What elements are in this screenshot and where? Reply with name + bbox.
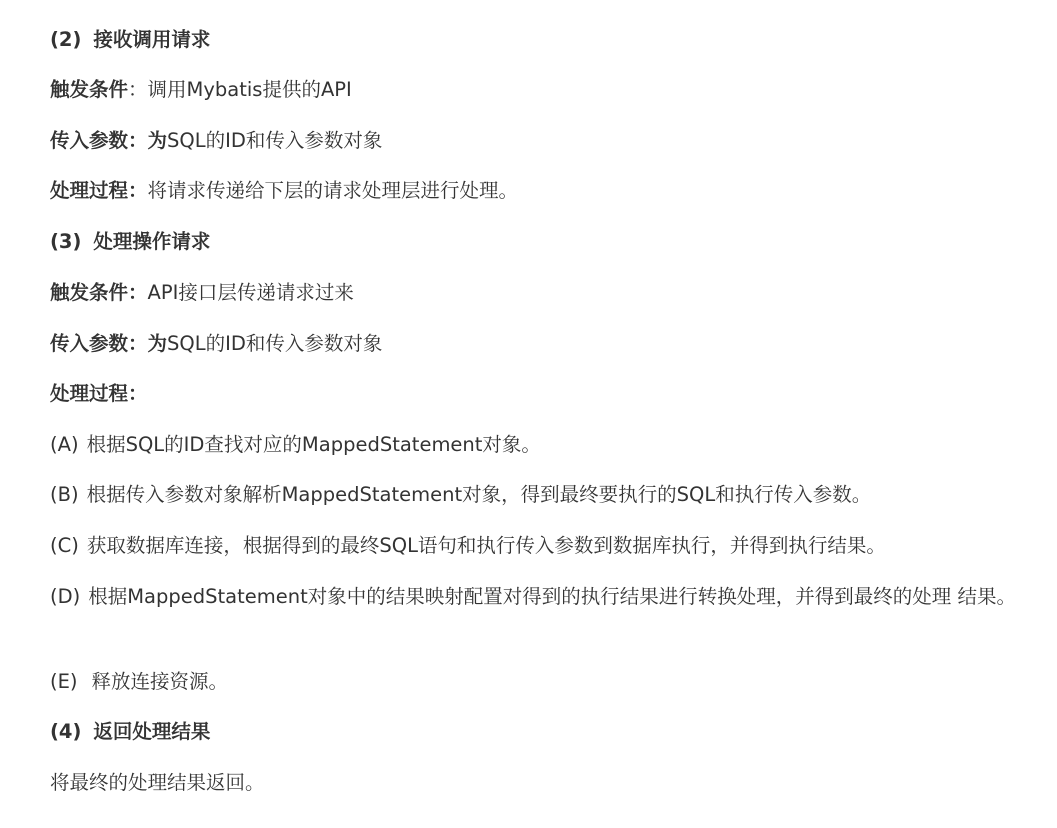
section-title: 返回处理结果 <box>93 720 210 743</box>
field-colon: ： <box>128 129 148 152</box>
field-process: 处理过程：将请求传递给下层的请求处理层进行处理。 <box>50 174 518 208</box>
field-input-params: 传入参数：为SQL的ID和传入参数对象 <box>50 124 382 158</box>
field-label: 传入参数 <box>50 129 128 152</box>
field-value: SQL的ID和传入参数对象 <box>167 129 382 152</box>
section-heading-3: (3)处理操作请求 <box>50 225 210 259</box>
field-value: 调用Mybatis提供的API <box>148 78 352 101</box>
section-number: (4) <box>50 720 81 743</box>
field-label: 传入参数 <box>50 332 128 355</box>
field-value: SQL的ID和传入参数对象 <box>167 332 382 355</box>
field-colon: ： <box>128 382 148 405</box>
section-number: (3) <box>50 230 81 253</box>
step-item-e: (E)释放连接资源。 <box>50 665 228 699</box>
step-text: 根据SQL的ID查找对应的MappedStatement对象。 <box>87 433 541 456</box>
field-colon: ： <box>128 179 148 202</box>
section-title: 接收调用请求 <box>93 28 210 51</box>
step-marker: (D) <box>50 585 80 608</box>
field-label: 处理过程 <box>50 179 128 202</box>
field-colon: ： <box>128 281 148 304</box>
section-title: 处理操作请求 <box>93 230 210 253</box>
section-heading-4: (4)返回处理结果 <box>50 715 210 749</box>
step-text: 根据传入参数对象解析MappedStatement对象，得到最终要执行的SQL和… <box>87 483 872 506</box>
section-body-text: 将最终的处理结果返回。 <box>50 766 265 800</box>
step-marker: (E) <box>50 670 78 693</box>
field-value: 将请求传递给下层的请求处理层进行处理。 <box>148 179 519 202</box>
body-text: 将最终的处理结果返回。 <box>50 771 265 794</box>
step-text: 根据MappedStatement对象中的结果映射配置对得到的执行结果进行转换处… <box>88 585 1016 608</box>
field-colon: ： <box>128 78 148 101</box>
field-trigger-condition: 触发条件：调用Mybatis提供的API <box>50 73 352 107</box>
section-number: (2) <box>50 28 81 51</box>
step-marker: (C) <box>50 534 79 557</box>
step-text: 释放连接资源。 <box>92 670 229 693</box>
step-marker: (A) <box>50 433 79 456</box>
step-item-b: (B)根据传入参数对象解析MappedStatement对象，得到最终要执行的S… <box>50 478 871 512</box>
field-process: 处理过程： <box>50 377 148 411</box>
step-marker: (B) <box>50 483 79 506</box>
field-trigger-condition: 触发条件：API接口层传递请求过来 <box>50 276 354 310</box>
step-item-a: (A)根据SQL的ID查找对应的MappedStatement对象。 <box>50 428 541 462</box>
field-value-lead: 为 <box>148 129 168 152</box>
section-heading-2: (2)接收调用请求 <box>50 23 210 57</box>
step-text: 获取数据库连接，根据得到的最终SQL语句和执行传入参数到数据库执行，并得到执行结… <box>87 534 886 557</box>
field-value-lead: 为 <box>148 332 168 355</box>
field-label: 触发条件 <box>50 78 128 101</box>
step-item-d: (D)根据MappedStatement对象中的结果映射配置对得到的执行结果进行… <box>50 580 1025 614</box>
field-input-params: 传入参数：为SQL的ID和传入参数对象 <box>50 327 382 361</box>
field-label: 处理过程 <box>50 382 128 405</box>
field-label: 触发条件 <box>50 281 128 304</box>
field-colon: ： <box>128 332 148 355</box>
step-item-c: (C)获取数据库连接，根据得到的最终SQL语句和执行传入参数到数据库执行，并得到… <box>50 529 886 563</box>
field-value: API接口层传递请求过来 <box>148 281 354 304</box>
